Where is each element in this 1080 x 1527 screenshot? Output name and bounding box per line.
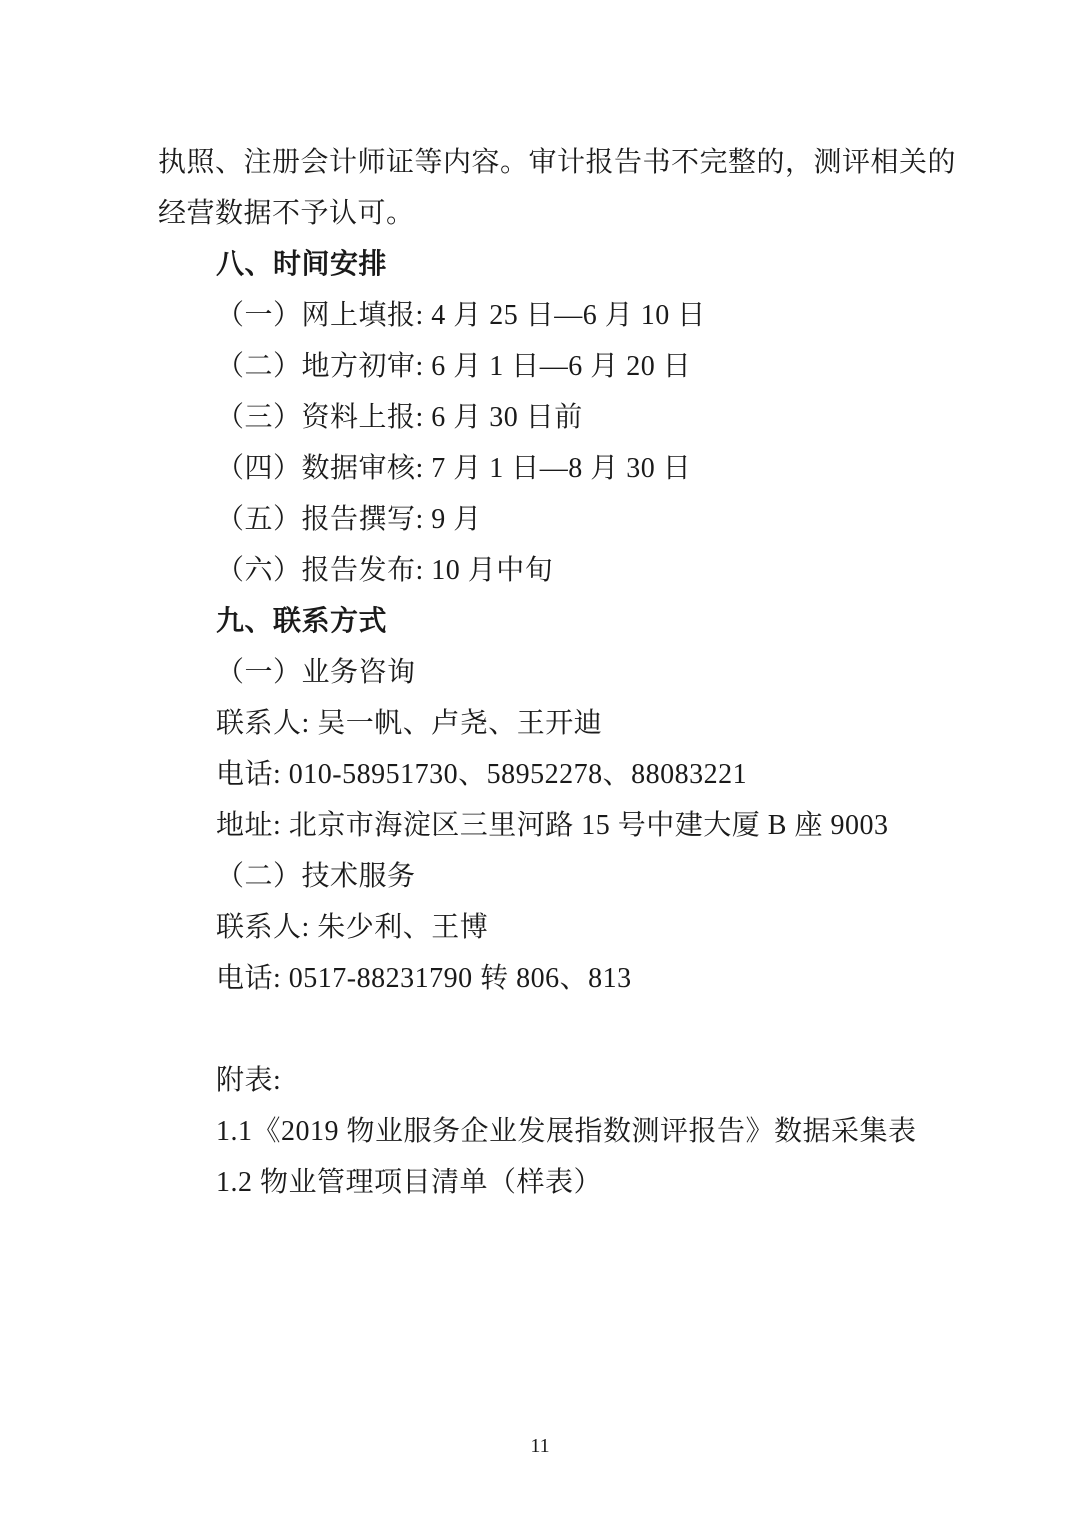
schedule-item: （三）资料上报: 6 月 30 日前 — [158, 392, 928, 443]
intro-paragraph-line: 经营数据不予认可。 — [158, 188, 928, 239]
blank-line — [158, 1004, 928, 1055]
contact-line: 地址: 北京市海淀区三里河路 15 号中建大厦 B 座 9003 — [158, 800, 928, 851]
contact-line: 联系人: 朱少利、王博 — [158, 902, 928, 953]
appendix-item: 1.2 物业管理项目清单（样表） — [158, 1157, 928, 1208]
section-heading-schedule: 八、时间安排 — [158, 239, 928, 290]
schedule-item: （二）地方初审: 6 月 1 日—6 月 20 日 — [158, 341, 928, 392]
document-body: 执照、注册会计师证等内容。审计报告书不完整的，测评相关的 经营数据不予认可。 八… — [158, 137, 928, 1208]
page-number: 11 — [0, 1432, 1080, 1460]
contact-line: 电话: 0517-88231790 转 806、813 — [158, 953, 928, 1004]
contact-line: 电话: 010-58951730、58952278、88083221 — [158, 749, 928, 800]
intro-paragraph-line: 执照、注册会计师证等内容。审计报告书不完整的，测评相关的 — [158, 137, 928, 188]
contact-line: 联系人: 吴一帆、卢尧、王开迪 — [158, 698, 928, 749]
section-heading-contact: 九、联系方式 — [158, 596, 928, 647]
schedule-item: （五）报告撰写: 9 月 — [158, 494, 928, 545]
appendix-item: 1.1《2019 物业服务企业发展指数测评报告》数据采集表 — [158, 1106, 928, 1157]
schedule-item: （四）数据审核: 7 月 1 日—8 月 30 日 — [158, 443, 928, 494]
schedule-item: （一）网上填报: 4 月 25 日—6 月 10 日 — [158, 290, 928, 341]
document-page: 执照、注册会计师证等内容。审计报告书不完整的，测评相关的 经营数据不予认可。 八… — [0, 0, 1080, 1527]
appendix-label: 附表: — [158, 1055, 928, 1106]
contact-line: （一）业务咨询 — [158, 647, 928, 698]
contact-line: （二）技术服务 — [158, 851, 928, 902]
schedule-item: （六）报告发布: 10 月中旬 — [158, 545, 928, 596]
